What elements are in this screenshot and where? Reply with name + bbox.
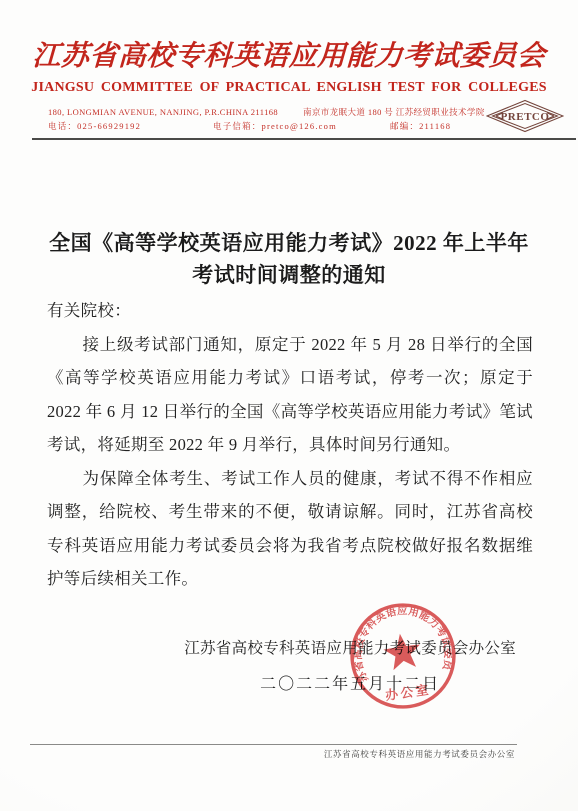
email-address: 电子信箱：pretco@126.com <box>213 120 337 133</box>
paragraph-2: 为保障全体考生、考试工作人员的健康，考试不得不作相应调整，给院校、考生带来的不便… <box>47 462 533 596</box>
address-chinese: 南京市龙眠大道 180 号 江苏经贸职业技术学院 <box>303 106 485 119</box>
pretco-logo-text: PRETCO <box>501 111 550 123</box>
official-seal-stamp: 江苏省高校专科英语应用能力考试委员会 办公室 <box>342 595 464 717</box>
letterhead-contact-block: 180, LONGMIAN AVENUE, NANJING, P.R.CHINA… <box>48 106 478 136</box>
letterhead-divider <box>32 138 576 140</box>
paragraph-1: 接上级考试部门通知，原定于 2022 年 5 月 28 日举行的全国《高等学校英… <box>47 328 533 462</box>
seal-bottom-text: 办公室 <box>384 682 431 703</box>
pretco-logo-icon: PRETCO <box>486 99 564 133</box>
salutation: 有关院校： <box>47 294 533 328</box>
address-english: 180, LONGMIAN AVENUE, NANJING, P.R.CHINA… <box>48 106 278 119</box>
notice-body: 有关院校： 接上级考试部门通知，原定于 2022 年 5 月 28 日举行的全国… <box>47 294 533 596</box>
postal-code: 邮编：211168 <box>390 120 451 133</box>
letterhead-org-name-en: JIANGSU COMMITTEE OF PRACTICAL ENGLISH T… <box>0 80 578 96</box>
notice-title-line1: 全国《高等学校英语应用能力考试》2022 年上半年 <box>30 227 548 259</box>
notice-title: 全国《高等学校英语应用能力考试》2022 年上半年 考试时间调整的通知 <box>30 227 548 291</box>
notice-title-line2: 考试时间调整的通知 <box>30 259 548 291</box>
scanned-notice-page: 江苏省高校专科英语应用能力考试委员会 JIANGSU COMMITTEE OF … <box>0 0 578 811</box>
letterhead-org-name-cn: 江苏省高校专科英语应用能力考试委员会 <box>0 34 578 74</box>
seal-star-icon <box>382 631 423 671</box>
footer-divider <box>30 744 517 745</box>
footer-office-name: 江苏省高校专科英语应用能力考试委员会办公室 <box>324 748 515 760</box>
phone-number: 电话：025-66929192 <box>48 120 141 133</box>
